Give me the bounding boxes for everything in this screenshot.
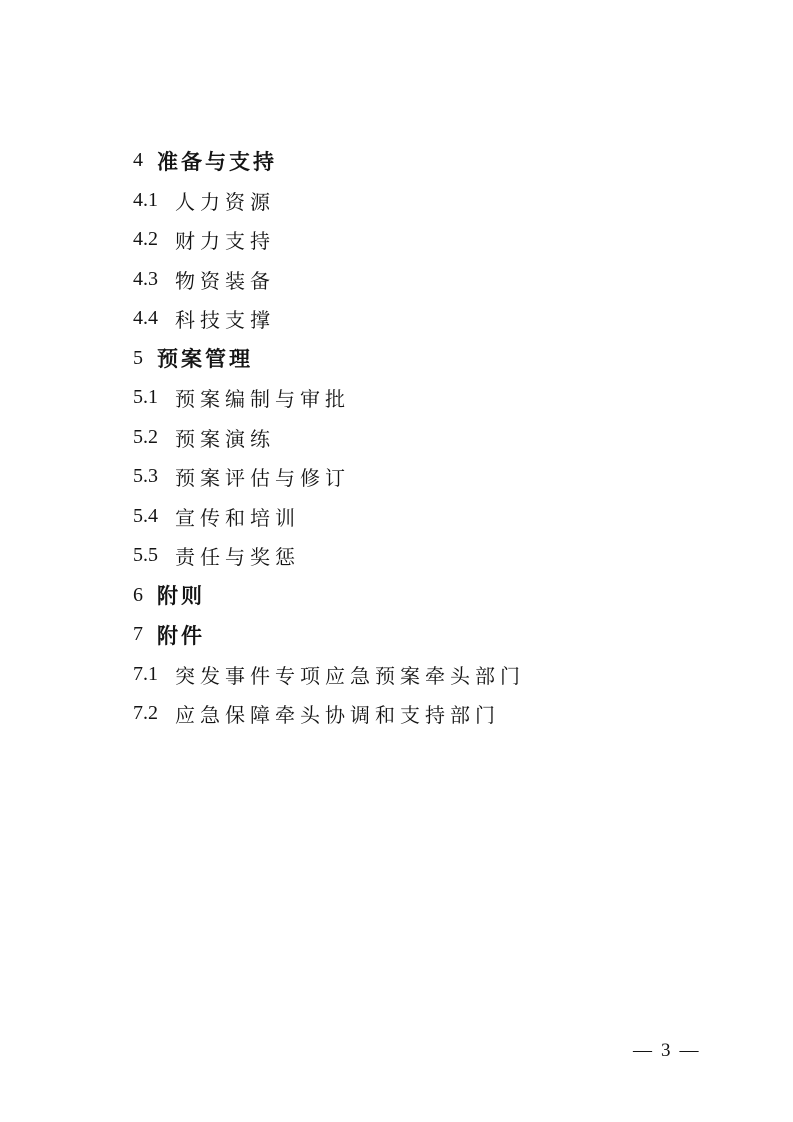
toc-item-4: 4 准备与支持 xyxy=(133,141,525,181)
toc-item-label: 附件 xyxy=(157,620,205,650)
toc-item-7-1: 7.1 突发事件专项应急预案牵头部门 xyxy=(133,655,525,695)
toc-item-number: 5.4 xyxy=(133,505,158,528)
toc-item-number: 4.4 xyxy=(133,307,158,330)
toc-item-number: 4.2 xyxy=(133,228,158,251)
toc-item-5: 5 预案管理 xyxy=(133,339,525,379)
toc-item-label: 附则 xyxy=(157,580,205,610)
toc-item-5-3: 5.3 预案评估与修订 xyxy=(133,457,525,497)
toc-item-7-2: 7.2 应急保障牵头协调和支持部门 xyxy=(133,694,525,734)
toc-item-4-1: 4.1 人力资源 xyxy=(133,181,525,221)
toc-item-label: 预案评估与修订 xyxy=(175,462,350,491)
page-number-dash-right: — xyxy=(680,1040,699,1062)
toc-item-5-5: 5.5 责任与奖惩 xyxy=(133,536,525,576)
toc-item-5-1: 5.1 预案编制与审批 xyxy=(133,378,525,418)
toc-item-5-4: 5.4 宣传和培训 xyxy=(133,497,525,537)
toc-item-number: 6 xyxy=(133,584,143,607)
toc-item-number: 7 xyxy=(133,623,143,646)
page-number: — 3 — xyxy=(633,1040,699,1062)
toc-item-number: 4.3 xyxy=(133,268,158,291)
toc-item-number: 5 xyxy=(133,347,143,370)
toc-item-label: 准备与支持 xyxy=(157,146,277,176)
toc-item-label: 责任与奖惩 xyxy=(175,541,300,570)
document-page: 4 准备与支持 4.1 人力资源 4.2 财力支持 4.3 物资装备 4.4 科… xyxy=(0,0,793,1122)
toc-item-label: 物资装备 xyxy=(175,265,275,294)
toc-item-label: 科技支撑 xyxy=(175,304,275,333)
toc-item-7: 7 附件 xyxy=(133,615,525,655)
toc-item-label: 预案管理 xyxy=(157,343,253,373)
toc-item-label: 突发事件专项应急预案牵头部门 xyxy=(175,660,525,689)
toc-item-label: 预案演练 xyxy=(175,423,275,452)
toc-item-number: 5.3 xyxy=(133,465,158,488)
table-of-contents: 4 准备与支持 4.1 人力资源 4.2 财力支持 4.3 物资装备 4.4 科… xyxy=(133,141,525,734)
page-number-value: 3 xyxy=(661,1040,671,1062)
toc-item-4-4: 4.4 科技支撑 xyxy=(133,299,525,339)
toc-item-number: 4 xyxy=(133,149,143,172)
page-number-dash-left: — xyxy=(633,1040,652,1062)
toc-item-label: 财力支持 xyxy=(175,225,275,254)
toc-item-6: 6 附则 xyxy=(133,576,525,616)
toc-item-label: 宣传和培训 xyxy=(175,502,300,531)
toc-item-number: 7.1 xyxy=(133,663,158,686)
toc-item-5-2: 5.2 预案演练 xyxy=(133,418,525,458)
toc-item-number: 5.5 xyxy=(133,544,158,567)
toc-item-number: 5.2 xyxy=(133,426,158,449)
toc-item-number: 7.2 xyxy=(133,702,158,725)
toc-item-4-3: 4.3 物资装备 xyxy=(133,260,525,300)
toc-item-label: 应急保障牵头协调和支持部门 xyxy=(175,699,500,728)
toc-item-number: 5.1 xyxy=(133,386,158,409)
toc-item-label: 人力资源 xyxy=(175,186,275,215)
toc-item-label: 预案编制与审批 xyxy=(175,383,350,412)
toc-item-4-2: 4.2 财力支持 xyxy=(133,220,525,260)
toc-item-number: 4.1 xyxy=(133,189,158,212)
